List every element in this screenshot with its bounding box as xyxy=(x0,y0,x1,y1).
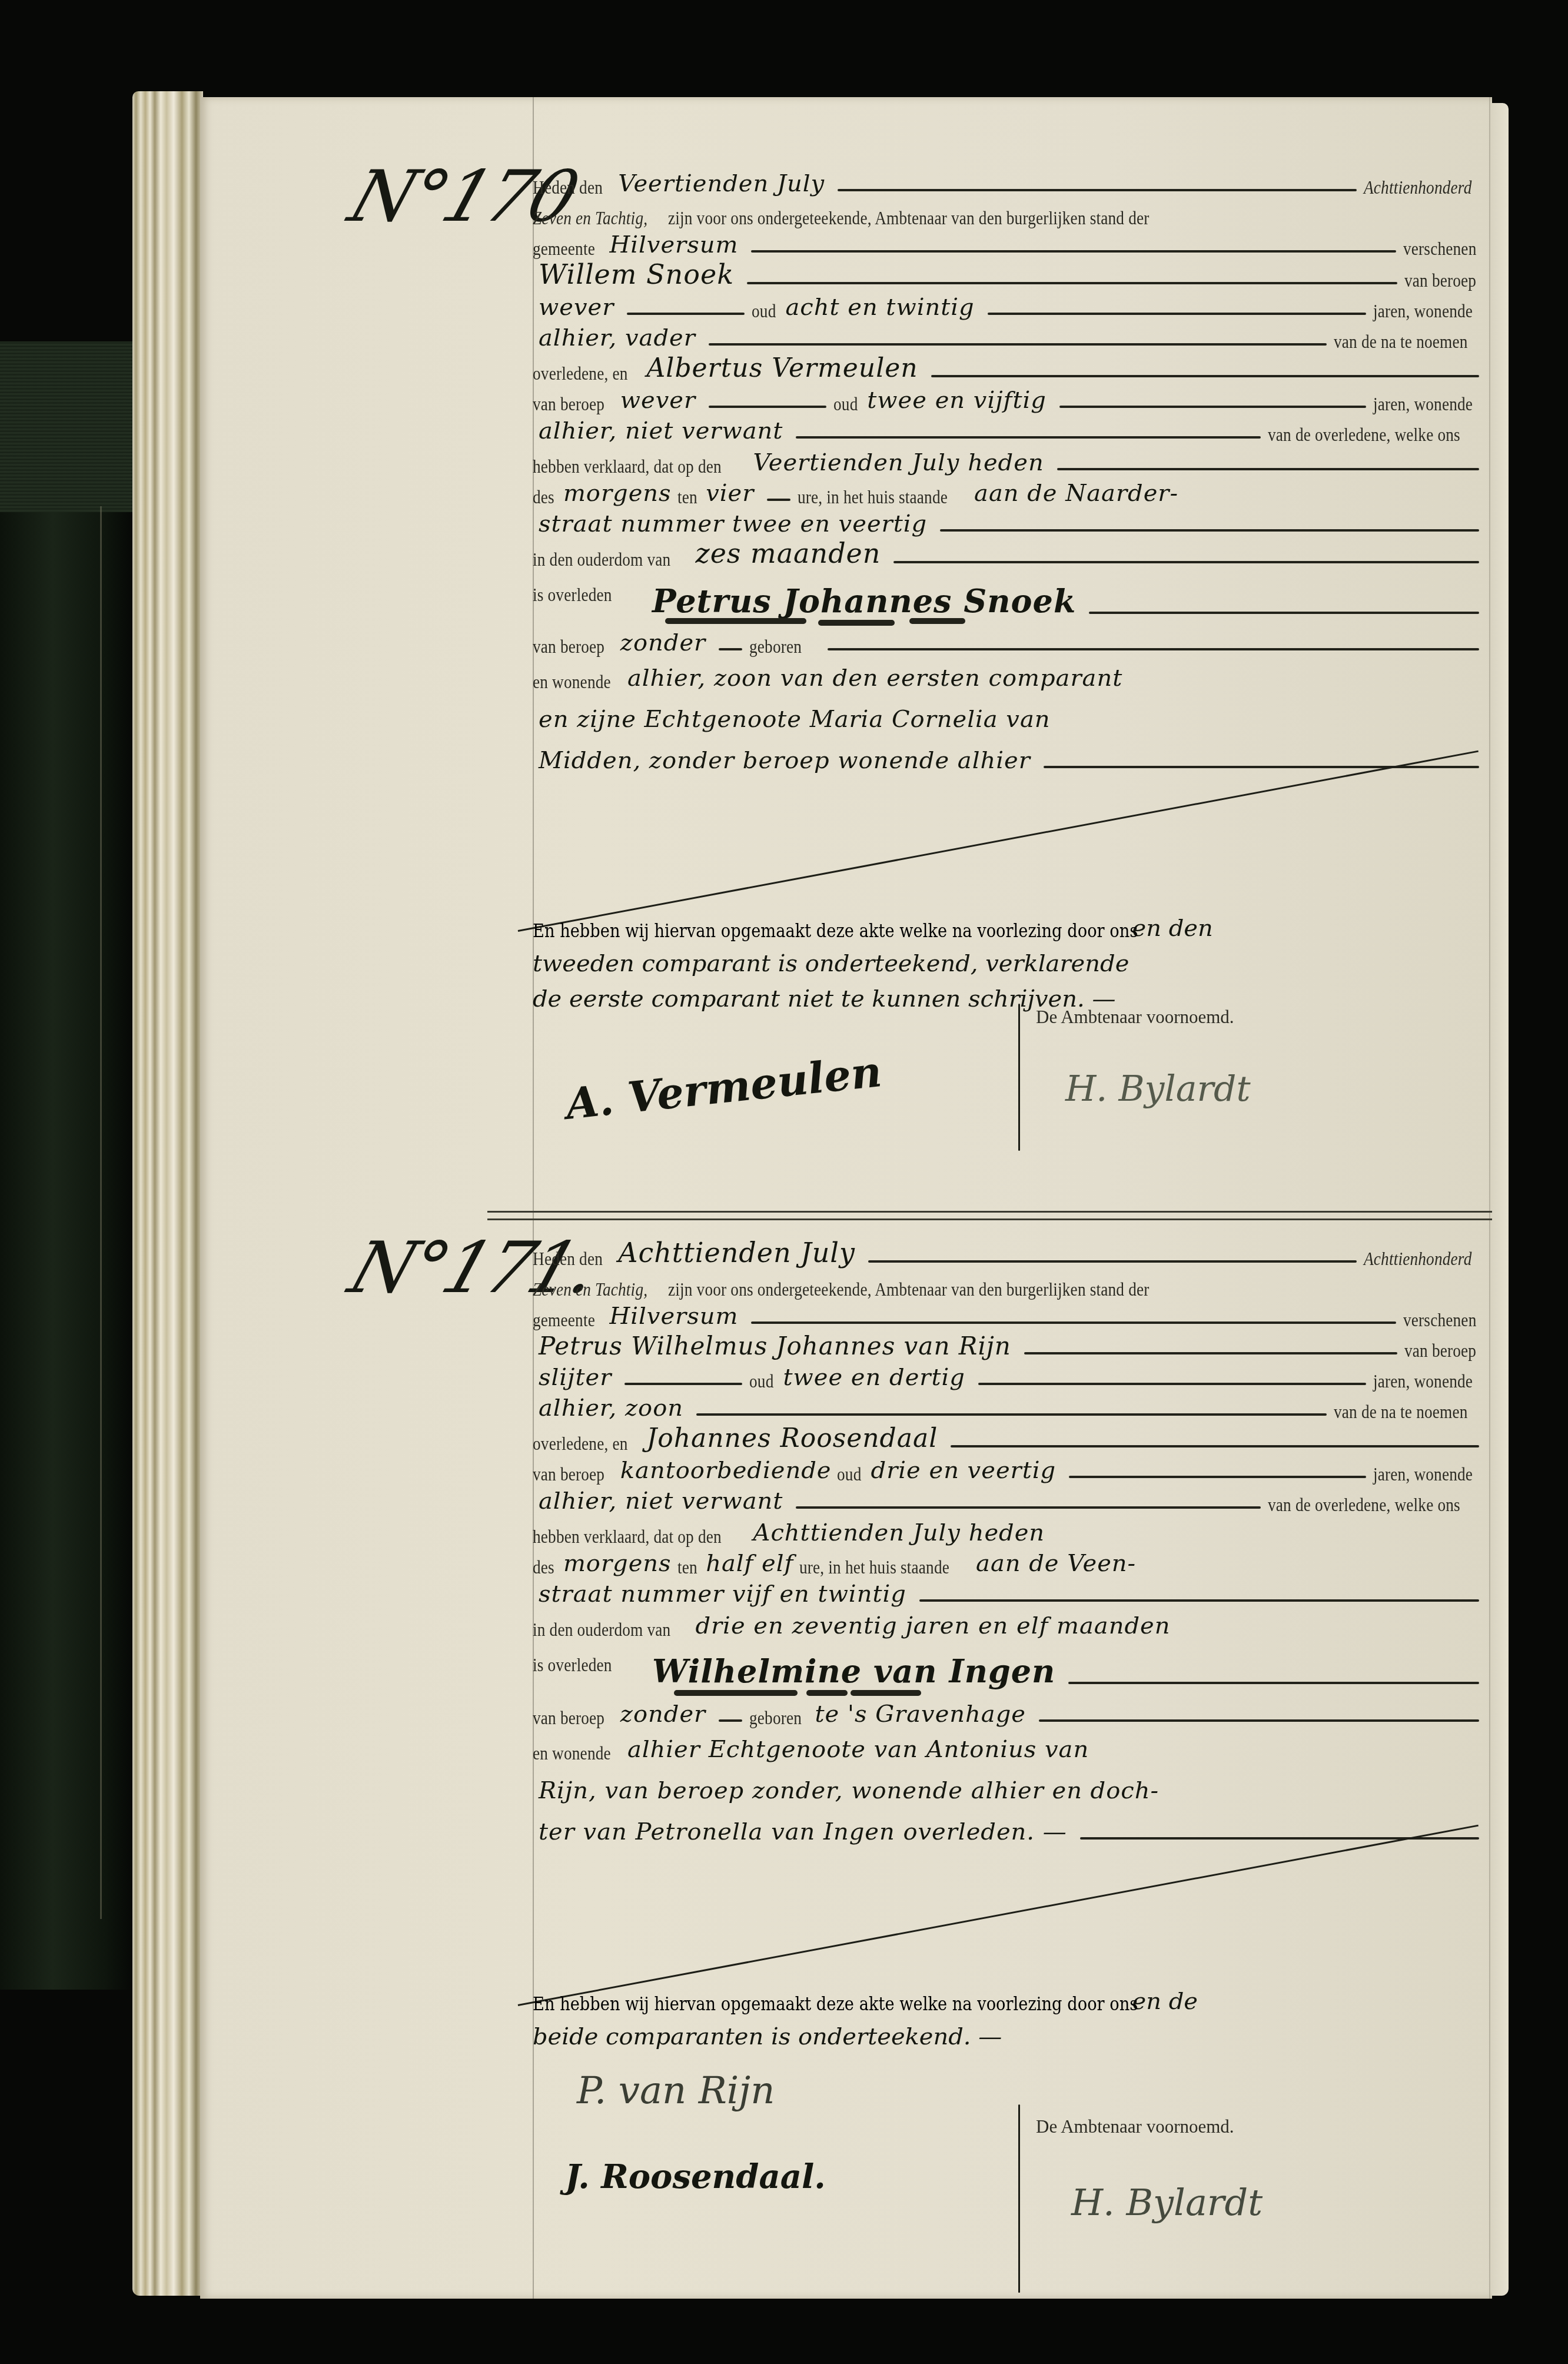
name-underline xyxy=(818,620,895,626)
form-line-gemeente: gemeente Hilversum verschenen xyxy=(533,1300,1486,1331)
signature-official: H. Bylardt xyxy=(1065,1068,1251,1110)
label-year: Zeven en Tachtig, xyxy=(533,1279,647,1300)
signature-declarant: P. van Rijn xyxy=(577,2069,775,2113)
label-van-beroep: van beroep xyxy=(1404,270,1476,291)
label-van-beroep: van beroep xyxy=(533,394,604,415)
hw-gemeente: Hilversum xyxy=(603,1303,744,1330)
label-ambtenaar: De Ambtenaar voornoemd. xyxy=(1036,2116,1234,2137)
hw-address-1: aan de Veen- xyxy=(970,1550,1142,1577)
form-line-deceased: is overleden Wilhelmine van Ingen xyxy=(533,1650,1486,1691)
hw-declarant1-beroep: slijter xyxy=(533,1364,617,1391)
label-achttienhonderd: Achttienhonderd xyxy=(1364,1249,1471,1270)
register-page: N°170 Heden den Veertienden July Achttie… xyxy=(200,97,1492,2299)
label-heden-den: Heden den xyxy=(533,177,603,198)
hw-time-of-day: morgens xyxy=(557,1550,677,1577)
label-verschenen: verschenen xyxy=(1403,1310,1476,1331)
form-line-residence: Midden, zonder beroep wonende alhier xyxy=(533,745,1486,775)
hw-deceased-name: Wilhelmine van Ingen xyxy=(646,1652,1061,1690)
hw-date: Veertienden July xyxy=(612,170,830,197)
label-van-beroep: van beroep xyxy=(533,1464,604,1485)
label-overledene-en: overledene, en xyxy=(533,363,628,384)
form-line-declarant2-relation: alhier, niet verwant van de overledene, … xyxy=(533,1485,1486,1516)
signature-declarant: J. Roosendaal. xyxy=(565,2157,826,2196)
label-closing: En hebben wij hiervan opgemaakt deze akt… xyxy=(533,1994,1138,2015)
form-line-residence: Rijn, van beroep zonder, wonende alhier … xyxy=(533,1775,1486,1805)
hw-declarant1-relation: alhier, zoon xyxy=(533,1395,689,1422)
form-line-death-date: hebben verklaard, dat op den Achttienden… xyxy=(533,1517,1486,1548)
form-line-declarant1: Willem Snoek van beroep xyxy=(533,261,1486,291)
label-ure-huis: ure, in het huis staande xyxy=(798,487,948,508)
label-jaren-wonende: jaren, wonende xyxy=(1373,1464,1473,1485)
form-line-beroep-geboren: van beroep zonder geboren xyxy=(533,627,1486,658)
hw-residence-line: alhier, zoon van den eersten comparant xyxy=(622,665,1128,692)
label-jaren-wonende: jaren, wonende xyxy=(1373,394,1473,415)
hw-declarant2-name: Albertus Vermeulen xyxy=(641,353,924,383)
hw-declarant1-relation: alhier, vader xyxy=(533,324,702,351)
form-line-declarant1-relation: alhier, vader van de na te noemen xyxy=(533,322,1486,353)
form-line-age: in den ouderdom van drie en zeventig jar… xyxy=(533,1610,1486,1641)
label-ten: ten xyxy=(677,487,697,508)
form-line-date: Heden den Veertienden July Achttienhonde… xyxy=(533,168,1486,198)
name-underline xyxy=(674,1690,798,1696)
label-ambtenaar: De Ambtenaar voornoemd. xyxy=(1036,1007,1234,1028)
hw-address-2: straat nummer vijf en twintig xyxy=(533,1581,912,1608)
name-underline xyxy=(665,618,806,624)
label-oud: oud xyxy=(752,301,776,322)
label-en-wonende: en wonende xyxy=(533,672,611,693)
label-jaren-wonende: jaren, wonende xyxy=(1373,1371,1473,1392)
hw-time-of-day: morgens xyxy=(557,480,677,507)
hw-hour: half elf xyxy=(700,1550,799,1577)
form-line-time: des morgens ten half elf ure, in het hui… xyxy=(533,1548,1486,1578)
label-year: Zeven en Tachtig, xyxy=(533,208,647,229)
form-line-declarant1-age: slijter oud twee en dertig jaren, wonend… xyxy=(533,1362,1486,1392)
label-verschenen: verschenen xyxy=(1403,238,1476,260)
hw-closing-line: tweeden comparant is onderteekend, verkl… xyxy=(533,950,1129,977)
form-line-age: in den ouderdom van zes maanden xyxy=(533,540,1486,570)
label-oud: oud xyxy=(749,1371,773,1392)
binding-tape xyxy=(0,341,132,512)
signature-brace xyxy=(1018,1004,1020,1151)
label-geboren: geboren xyxy=(749,1708,802,1729)
hw-declarant2-relation: alhier, niet verwant xyxy=(533,417,789,444)
hw-deceased-beroep: zonder xyxy=(614,629,712,656)
hw-declarant1-name: Willem Snoek xyxy=(533,258,740,290)
label-gemeente: gemeente xyxy=(533,1310,595,1331)
hw-declarant2-age: twee en vijftig xyxy=(861,387,1052,414)
hw-closing-inline: en de xyxy=(1132,1988,1197,2015)
hw-deceased-beroep: zonder xyxy=(614,1701,712,1728)
label-welke-ons: van de overledene, welke ons xyxy=(1268,424,1460,446)
label-hebben-verklaard: hebben verklaard, dat op den xyxy=(533,456,722,477)
label-na-te-noemen: van de na te noemen xyxy=(1334,331,1468,353)
form-line-address: straat nummer twee en veertig xyxy=(533,508,1486,539)
hw-closing-inline: en den xyxy=(1132,915,1212,942)
hw-closing-line: de eerste comparant niet te kunnen schri… xyxy=(533,985,1115,1012)
label-welke-ons: van de overledene, welke ons xyxy=(1268,1495,1460,1516)
right-edge-rule xyxy=(1489,97,1490,2299)
form-line-declarant2-age: van beroep kantoorbediende oud drie en v… xyxy=(533,1455,1486,1485)
label-jaren-wonende: jaren, wonende xyxy=(1373,301,1473,322)
label-van-beroep: van beroep xyxy=(533,1708,604,1729)
hw-declarant1-age: twee en dertig xyxy=(778,1364,971,1391)
form-line-beroep-geboren: van beroep zonder geboren te 's Gravenha… xyxy=(533,1698,1486,1729)
hw-residence-line: alhier Echtgenoote van Antonius van xyxy=(622,1736,1095,1763)
signature-declarant: A. Vermeulen xyxy=(563,1046,884,1129)
label-is-overleden: is overleden xyxy=(533,1655,612,1676)
form-line-time: des morgens ten vier ure, in het huis st… xyxy=(533,477,1486,508)
label-geboren: geboren xyxy=(749,636,802,658)
label-oud: oud xyxy=(833,394,858,415)
name-underline xyxy=(851,1690,921,1696)
hw-declarant2-age: drie en veertig xyxy=(865,1457,1062,1484)
hw-residence-line: Midden, zonder beroep wonende alhier xyxy=(533,747,1037,774)
form-line-declarant2-age: van beroep wever oud twee en vijftig jar… xyxy=(533,384,1486,415)
stacked-page-edges xyxy=(132,91,203,2296)
closing-block: En hebben wij hiervan opgemaakt deze akt… xyxy=(533,1980,1486,2050)
label-gemeente: gemeente xyxy=(533,238,595,260)
form-line-residence: ter van Petronella van Ingen overleden. … xyxy=(533,1816,1486,1847)
book-binding-cloth xyxy=(0,341,132,1990)
record-separator xyxy=(487,1211,1492,1220)
hw-address-2: straat nummer twee en veertig xyxy=(533,510,933,537)
form-line-declarant2: overledene, en Johannes Roosendaal xyxy=(533,1424,1486,1455)
form-line-declarant2-relation: alhier, niet verwant van de overledene, … xyxy=(533,415,1486,446)
form-line-residence: en wonende alhier, zoon van den eersten … xyxy=(533,662,1486,693)
signature-brace xyxy=(1018,2104,1020,2293)
label-ouderdom: in den ouderdom van xyxy=(533,1619,670,1641)
label-heden-den: Heden den xyxy=(533,1249,603,1270)
form-line-declarant1-age: wever oud acht en twintig jaren, wonende xyxy=(533,291,1486,322)
label-is-overleden: is overleden xyxy=(533,585,612,606)
form-line-deceased: is overleden Petrus Johannes Snoek xyxy=(533,580,1486,621)
hw-death-date: Veertienden July heden xyxy=(748,449,1050,476)
form-line-2: Zeven en Tachtig, zijn voor ons onderget… xyxy=(533,1270,1486,1300)
strike-line xyxy=(518,1825,1479,2006)
hw-residence-line: ter van Petronella van Ingen overleden. … xyxy=(533,1818,1073,1845)
form-line-death-date: hebben verklaard, dat op den Veertienden… xyxy=(533,447,1486,477)
hw-deceased-name: Petrus Johannes Snoek xyxy=(646,582,1082,620)
form-line-declarant1-relation: alhier, zoon van de na te noemen xyxy=(533,1392,1486,1423)
form-line-address: straat nummer vijf en twintig xyxy=(533,1578,1486,1609)
hw-age-deceased: drie en zeventig jaren en elf maanden xyxy=(689,1612,1176,1639)
hw-declarant2-beroep: wever xyxy=(614,387,702,414)
binding-crease xyxy=(100,506,102,1919)
name-underline xyxy=(806,1690,848,1696)
form-line-gemeente: gemeente Hilversum verschenen xyxy=(533,229,1486,260)
label-des: des xyxy=(533,487,554,508)
label-ten: ten xyxy=(677,1557,697,1578)
label-closing: En hebben wij hiervan opgemaakt deze akt… xyxy=(533,921,1138,942)
label-na-te-noemen: van de na te noemen xyxy=(1334,1402,1468,1423)
hw-declarant1-name: Petrus Wilhelmus Johannes van Rijn xyxy=(533,1332,1017,1360)
form-line-declarant2: overledene, en Albertus Vermeulen xyxy=(533,354,1486,384)
label-van-beroep: van beroep xyxy=(1404,1340,1476,1362)
strike-line xyxy=(518,751,1479,932)
label-line2: zijn voor ons ondergeteekende, Ambtenaar… xyxy=(668,1279,1150,1300)
hw-declarant2-relation: alhier, niet verwant xyxy=(533,1488,789,1515)
closing-block: En hebben wij hiervan opgemaakt deze akt… xyxy=(533,907,1486,1012)
hw-born: te 's Gravenhage xyxy=(809,1701,1032,1728)
label-hebben-verklaard: hebben verklaard, dat op den xyxy=(533,1526,722,1548)
hw-date: Achttienden July xyxy=(612,1237,861,1269)
signature-official: H. Bylardt xyxy=(1071,2181,1263,2224)
form-line-2: Zeven en Tachtig, zijn voor ons onderget… xyxy=(533,198,1486,229)
form-line-date: Heden den Achttienden July Achttienhonde… xyxy=(533,1239,1486,1270)
hw-death-date: Achttienden July heden xyxy=(748,1519,1051,1546)
hw-declarant1-beroep: wever xyxy=(533,294,620,321)
label-des: des xyxy=(533,1557,554,1578)
label-overledene-en: overledene, en xyxy=(533,1433,628,1455)
hw-declarant1-age: acht en twintig xyxy=(779,294,980,321)
hw-closing-line: beide comparanten is onderteekend. — xyxy=(533,2023,1002,2050)
label-ouderdom: in den ouderdom van xyxy=(533,549,670,570)
hw-declarant2-name: Johannes Roosendaal xyxy=(641,1423,944,1453)
label-en-wonende: en wonende xyxy=(533,1743,611,1764)
label-van-beroep: van beroep xyxy=(533,636,604,658)
label-line2: zijn voor ons ondergeteekende, Ambtenaar… xyxy=(668,208,1150,229)
name-underline xyxy=(909,618,965,624)
form-line-residence: en zijne Echtgenoote Maria Cornelia van xyxy=(533,703,1486,734)
hw-address-1: aan de Naarder- xyxy=(968,480,1184,507)
form-line-residence: en wonende alhier Echtgenoote van Antoni… xyxy=(533,1734,1486,1764)
hw-residence-line: Rijn, van beroep zonder, wonende alhier … xyxy=(533,1777,1165,1804)
label-ure-huis: ure, in het huis staande xyxy=(799,1557,949,1578)
hw-hour: vier xyxy=(700,480,760,507)
label-oud: oud xyxy=(837,1464,861,1485)
hw-declarant2-beroep: kantoorbediende xyxy=(614,1457,838,1484)
hw-residence-line: en zijne Echtgenoote Maria Cornelia van xyxy=(533,706,1057,733)
hw-gemeente: Hilversum xyxy=(603,231,744,258)
form-line-declarant1: Petrus Wilhelmus Johannes van Rijn van b… xyxy=(533,1331,1486,1362)
label-achttienhonderd: Achttienhonderd xyxy=(1364,177,1471,198)
hw-age-deceased: zes maanden xyxy=(689,537,886,569)
